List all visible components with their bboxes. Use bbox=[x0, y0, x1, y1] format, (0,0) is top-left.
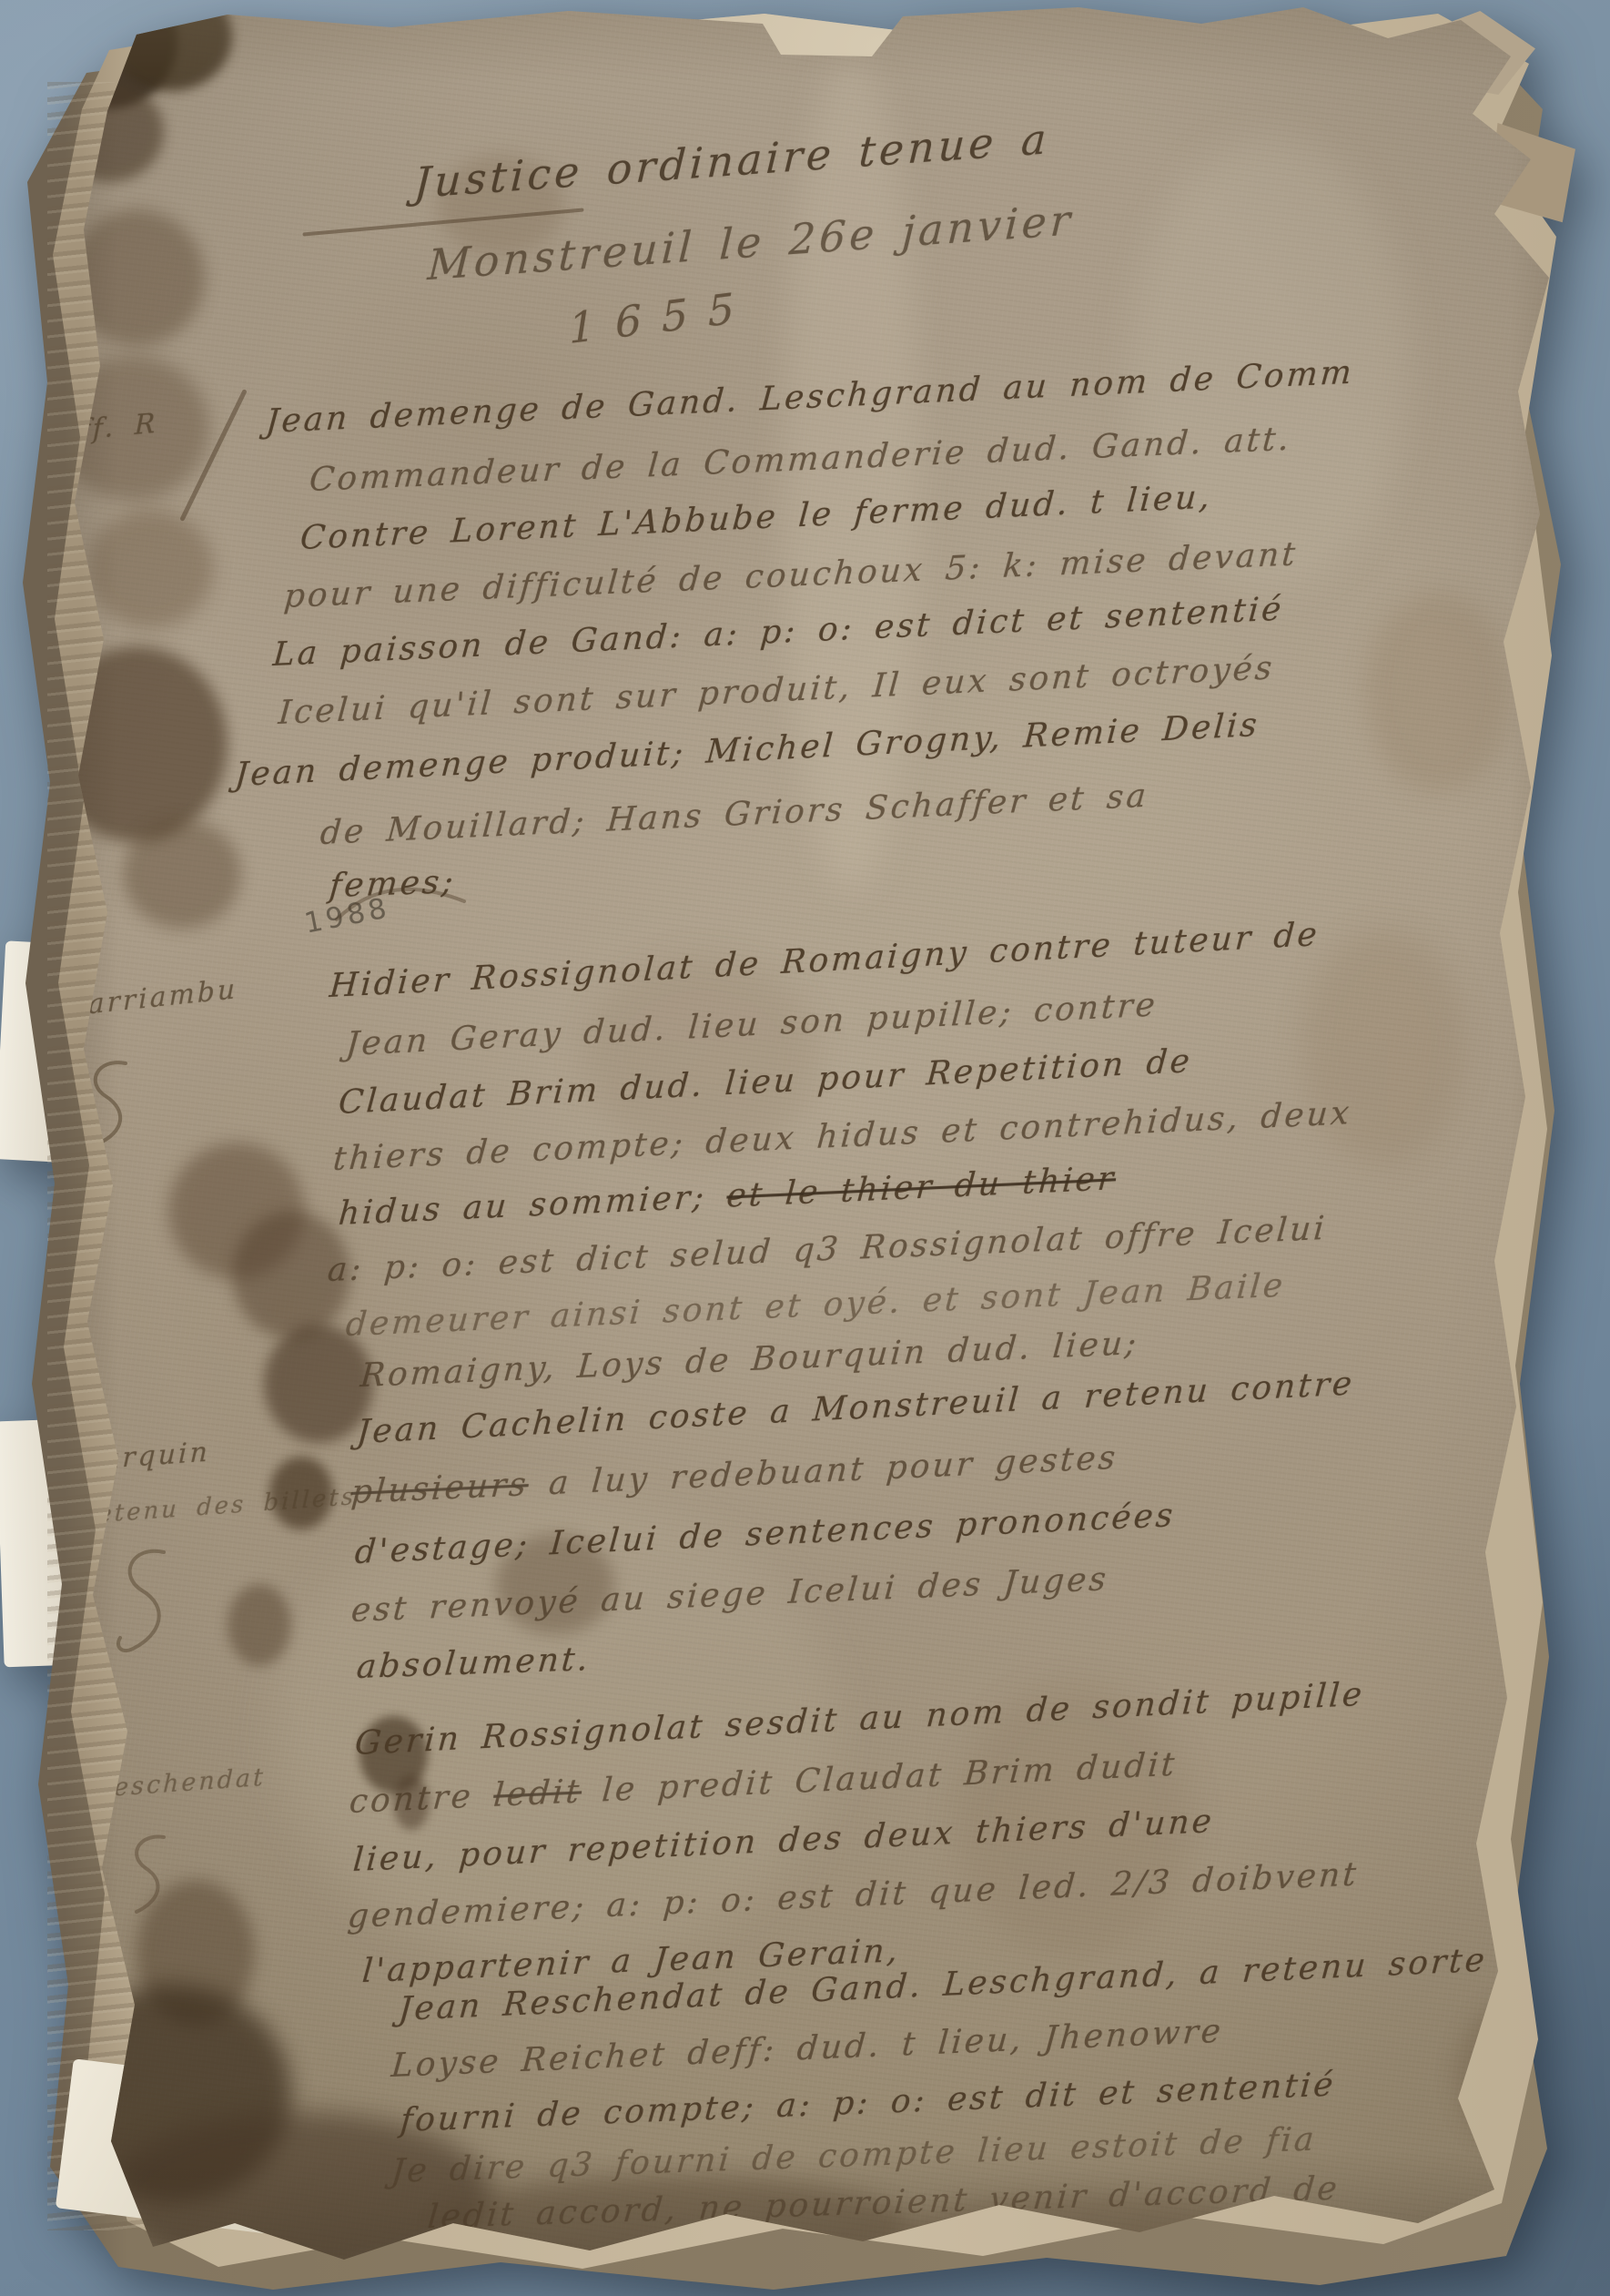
paraph-flourish-icon bbox=[109, 1543, 182, 1661]
manuscript-page: Justice ordinaire tenue a Monstreuil le … bbox=[0, 0, 1610, 2296]
struck-phrase: ledit bbox=[492, 1773, 583, 1814]
line-part: contre bbox=[348, 1777, 494, 1821]
manuscript-line: absolument. bbox=[355, 1643, 592, 1684]
paper-stack: Justice ordinaire tenue a Monstreuil le … bbox=[0, 0, 1610, 2296]
manuscript-photo: Justice ordinaire tenue a Monstreuil le … bbox=[0, 0, 1610, 2296]
paraph-flourish-icon bbox=[118, 1830, 182, 1921]
paraph-flourish-icon bbox=[328, 874, 473, 938]
